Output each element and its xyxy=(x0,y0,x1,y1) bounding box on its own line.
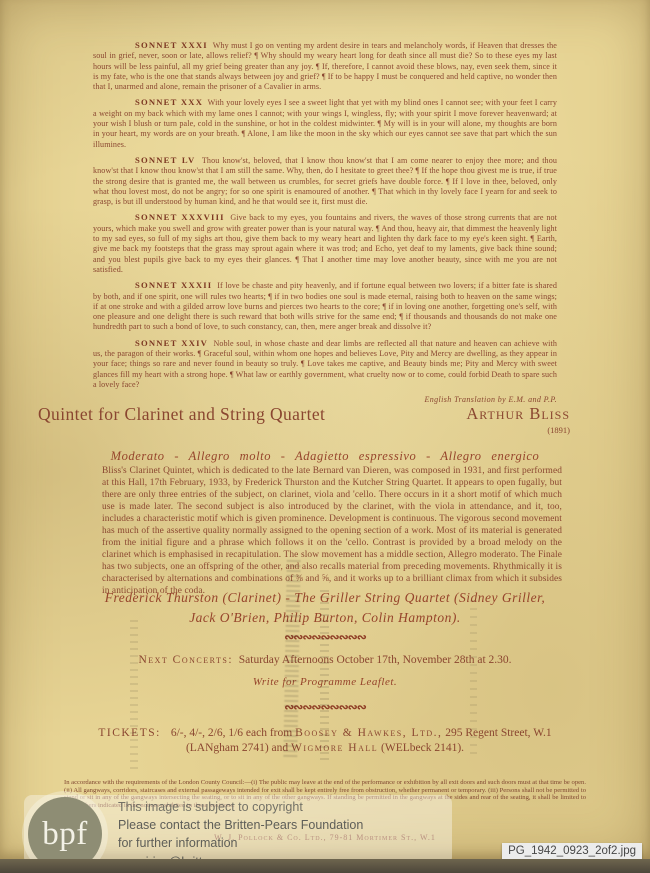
bpf-logo-text: bpf xyxy=(42,816,88,853)
scanned-programme-page: SONNET XXXI Why must I go on venting my … xyxy=(0,0,650,860)
next-concerts-label: Next Concerts: xyxy=(138,654,233,666)
tickets-block: TICKETS:6/-, 4/-, 2/6, 1/6 each from Boo… xyxy=(0,726,650,756)
scan-background-strip xyxy=(0,859,650,873)
sonnet-heading: SONNET XXXI xyxy=(135,40,208,50)
tickets-phone-2: (WELbeck 2141). xyxy=(381,742,464,754)
next-concerts-line: Next Concerts: Saturday Afternoons Octob… xyxy=(0,654,650,666)
sonnet-paragraph: SONNET XXIV Noble soul, in whose chaste … xyxy=(93,338,557,390)
performers-line-1: Frederick Thurston (Clarinet) - The Gril… xyxy=(0,588,650,608)
work-title: Quintet for Clarinet and String Quartet xyxy=(38,404,325,425)
ornament-divider: ∾∾∾∾∾∾∾∾∾ xyxy=(0,630,650,645)
tickets-amounts: 6/-, 4/-, 2/6, 1/6 each from xyxy=(171,727,292,739)
sonnet-heading: SONNET XXIV xyxy=(135,338,208,348)
tickets-phone-1: (LANgham 2741) and xyxy=(186,742,288,754)
watermark-line-3: for further information xyxy=(118,836,448,850)
watermark-line-2: Please contact the Britten-Pears Foundat… xyxy=(118,818,448,832)
sonnet-paragraph: SONNET XXX With your lovely eyes I see a… xyxy=(93,97,557,149)
scan-filename-label: PG_1942_0923_2of2.jpg xyxy=(502,843,642,859)
next-concerts-text: Saturday Afternoons October 17th, Novemb… xyxy=(239,654,512,666)
tickets-line-1: TICKETS:6/-, 4/-, 2/6, 1/6 each from Boo… xyxy=(0,726,650,741)
programme-note: Bliss's Clarinet Quintet, which is dedic… xyxy=(102,465,562,597)
composer-name: Arthur Bliss xyxy=(466,404,570,424)
sonnet-paragraph: SONNET XXXII If love be chaste and pity … xyxy=(93,280,557,332)
performers-line-2: Jack O'Brien, Philip Burton, Colin Hampt… xyxy=(0,608,650,628)
composer-block: Arthur Bliss (1891) xyxy=(466,404,570,435)
sonnet-paragraph: SONNET LV Thou know'st, beloved, that I … xyxy=(93,155,557,207)
sonnet-paragraph: SONNET XXXI Why must I go on venting my … xyxy=(93,40,557,92)
sonnet-text: Give back to my eyes, you fountains and … xyxy=(93,213,557,273)
tickets-address: 295 Regent Street, W.1 xyxy=(445,727,551,739)
sonnet-translations-section: SONNET XXXI Why must I go on venting my … xyxy=(93,40,557,404)
watermark-line-1: This image is subject to copyright xyxy=(118,800,448,814)
work-header: Quintet for Clarinet and String Quartet … xyxy=(0,404,650,435)
tickets-line-2: (LANgham 2741) and Wigmore Hall (WELbeck… xyxy=(0,741,650,756)
composer-year: (1891) xyxy=(466,425,570,435)
sonnet-heading: SONNET LV xyxy=(135,155,195,165)
sonnet-paragraph: SONNET XXXVIII Give back to my eyes, you… xyxy=(93,212,557,275)
tickets-label: TICKETS: xyxy=(98,727,160,739)
performers: Frederick Thurston (Clarinet) - The Gril… xyxy=(0,588,650,628)
sonnet-heading: SONNET XXXII xyxy=(135,280,212,290)
ornament-divider: ∾∾∾∾∾∾∾∾∾ xyxy=(0,700,650,715)
sonnet-heading: SONNET XXX xyxy=(135,97,203,107)
leaflet-line: Write for Programme Leaflet. xyxy=(0,676,650,688)
tickets-vendor: Boosey & Hawkes, Ltd., xyxy=(295,727,442,739)
sonnet-heading: SONNET XXXVIII xyxy=(135,212,225,222)
translation-attribution: English Translation by E.M. and P.P. xyxy=(93,395,557,404)
tickets-venue: Wigmore Hall xyxy=(291,742,378,754)
movement-list: Moderato - Allegro molto - Adagietto esp… xyxy=(0,449,650,464)
